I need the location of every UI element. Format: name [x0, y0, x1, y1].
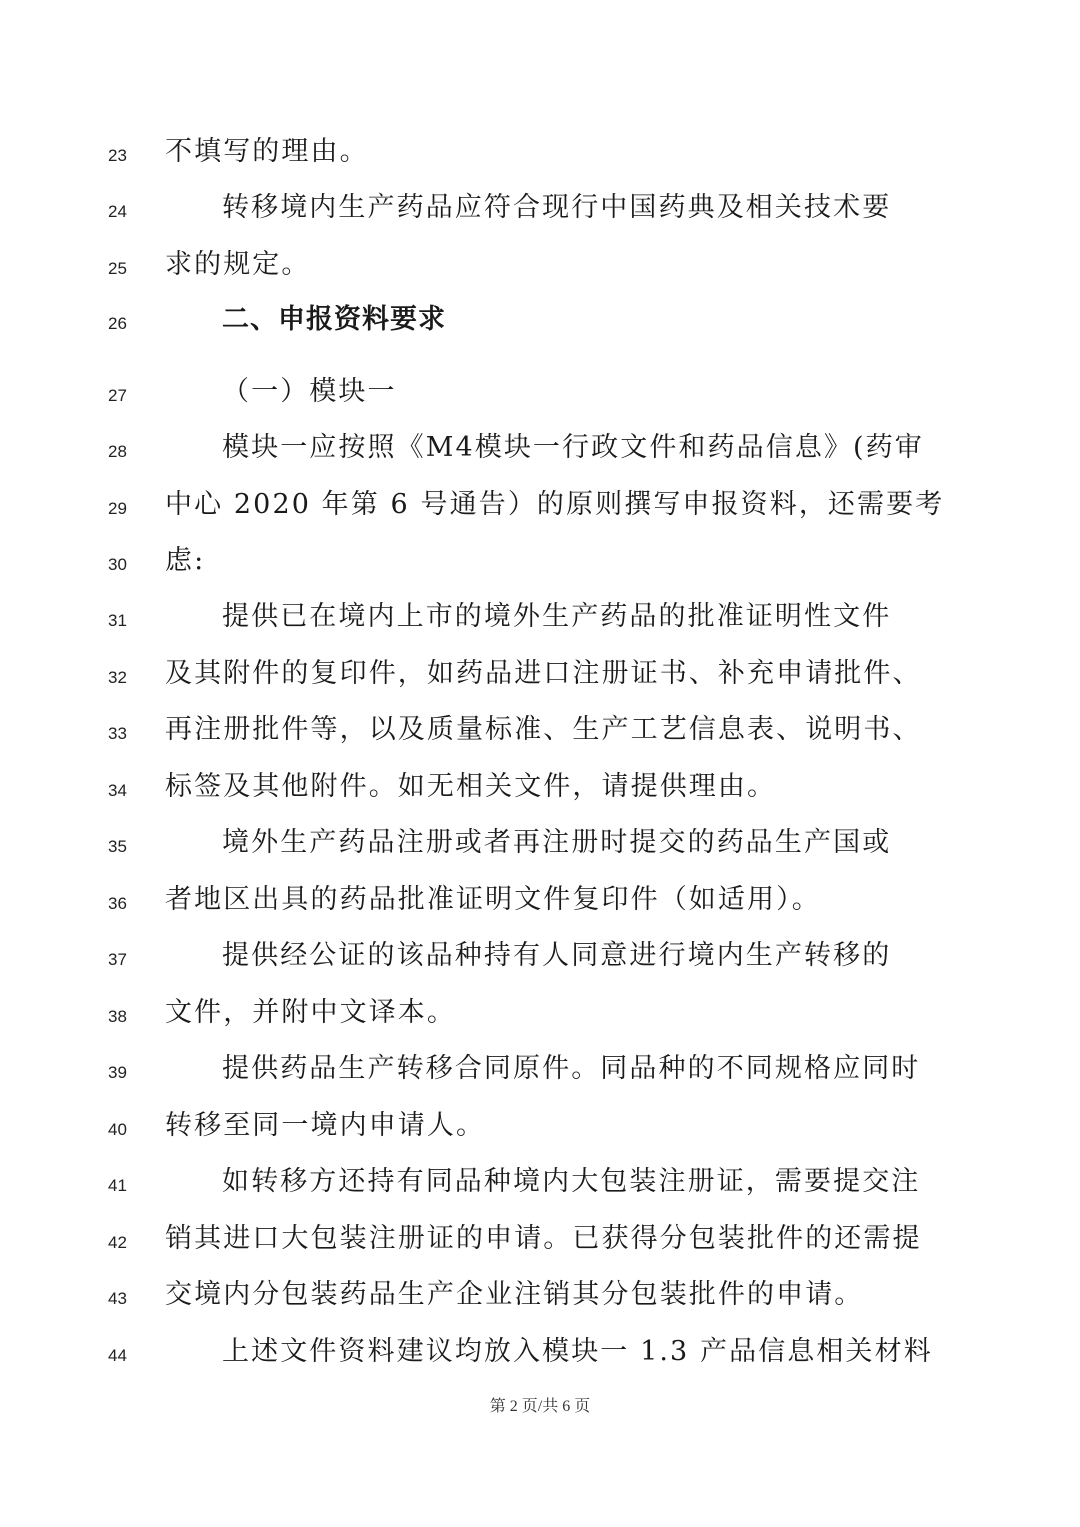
line-number: 30 [108, 555, 138, 575]
line-number: 41 [108, 1176, 138, 1196]
section-heading: 二、申报资料要求 [222, 302, 917, 338]
line-number: 25 [108, 259, 138, 279]
line-number: 38 [108, 1007, 138, 1027]
line-text: 转移至同一境内申请人。 [165, 1108, 917, 1144]
line-number: 35 [108, 837, 138, 857]
line-number: 34 [108, 781, 138, 801]
line-number: 28 [108, 442, 138, 462]
line-text: 转移境内生产药品应符合现行中国药典及相关技术要 [222, 190, 917, 226]
line-number: 43 [108, 1289, 138, 1309]
document-line: 25求的规定。 [0, 247, 1080, 287]
document-line: 36者地区出具的药品批准证明文件复印件（如适用）。 [0, 882, 1080, 922]
line-text: 如转移方还持有同品种境内大包装注册证，需要提交注 [222, 1164, 917, 1200]
document-line: 42销其进口大包装注册证的申请。已获得分包装批件的还需提 [0, 1221, 1080, 1261]
document-line: 26二、申报资料要求 [0, 302, 1080, 342]
line-text: 求的规定。 [165, 247, 917, 283]
document-line: 33再注册批件等，以及质量标准、生产工艺信息表、说明书、 [0, 712, 1080, 752]
document-line: 31提供已在境内上市的境外生产药品的批准证明性文件 [0, 599, 1080, 639]
line-number: 40 [108, 1120, 138, 1140]
document-line: 23不填写的理由。 [0, 134, 1080, 174]
document-line: 30虑: [0, 543, 1080, 583]
document-line: 43交境内分包装药品生产企业注销其分包装批件的申请。 [0, 1277, 1080, 1317]
document-line: 24转移境内生产药品应符合现行中国药典及相关技术要 [0, 190, 1080, 230]
line-text: 交境内分包装药品生产企业注销其分包装批件的申请。 [165, 1277, 917, 1313]
line-number: 33 [108, 724, 138, 744]
page-footer: 第 2 页/共 6 页 [0, 1393, 1080, 1416]
line-number: 29 [108, 499, 138, 519]
line-number: 31 [108, 611, 138, 631]
line-text: 文件，并附中文译本。 [165, 995, 917, 1031]
line-number: 42 [108, 1233, 138, 1253]
document-page: 23不填写的理由。24转移境内生产药品应符合现行中国药典及相关技术要25求的规定… [0, 0, 1080, 1527]
document-line: 28模块一应按照《M4模块一行政文件和药品信息》(药审 [0, 430, 1080, 470]
line-text: 销其进口大包装注册证的申请。已获得分包装批件的还需提 [165, 1221, 917, 1257]
line-number: 27 [108, 386, 138, 406]
line-number: 37 [108, 950, 138, 970]
line-number: 26 [108, 314, 138, 334]
line-text: 中心 2020 年第 6 号通告）的原则撰写申报资料，还需要考 [165, 487, 917, 523]
document-line: 40转移至同一境内申请人。 [0, 1108, 1080, 1148]
line-text: 上述文件资料建议均放入模块一 1.3 产品信息相关材料 [222, 1334, 917, 1370]
line-number: 44 [108, 1346, 138, 1366]
line-text: 提供经公证的该品种持有人同意进行境内生产转移的 [222, 938, 917, 974]
line-text: 及其附件的复印件，如药品进口注册证书、补充申请批件、 [165, 656, 917, 692]
line-text: 提供药品生产转移合同原件。同品种的不同规格应同时 [222, 1051, 917, 1087]
line-number: 32 [108, 668, 138, 688]
line-text: 境外生产药品注册或者再注册时提交的药品生产国或 [222, 825, 917, 861]
document-line: 37提供经公证的该品种持有人同意进行境内生产转移的 [0, 938, 1080, 978]
line-text: 者地区出具的药品批准证明文件复印件（如适用）。 [165, 882, 917, 918]
line-text: 标签及其他附件。如无相关文件，请提供理由。 [165, 769, 917, 805]
line-number: 23 [108, 146, 138, 166]
document-line: 41如转移方还持有同品种境内大包装注册证，需要提交注 [0, 1164, 1080, 1204]
line-text: 模块一应按照《M4模块一行政文件和药品信息》(药审 [222, 430, 917, 466]
document-line: 32及其附件的复印件，如药品进口注册证书、补充申请批件、 [0, 656, 1080, 696]
line-number: 24 [108, 202, 138, 222]
line-text: 虑: [165, 543, 917, 579]
document-line: 27（一）模块一 [0, 374, 1080, 414]
document-line: 39提供药品生产转移合同原件。同品种的不同规格应同时 [0, 1051, 1080, 1091]
document-line: 29中心 2020 年第 6 号通告）的原则撰写申报资料，还需要考 [0, 487, 1080, 527]
document-line: 34标签及其他附件。如无相关文件，请提供理由。 [0, 769, 1080, 809]
line-text: 再注册批件等，以及质量标准、生产工艺信息表、说明书、 [165, 712, 917, 748]
line-text: 提供已在境内上市的境外生产药品的批准证明性文件 [222, 599, 917, 635]
line-text: 不填写的理由。 [165, 134, 917, 170]
document-line: 38文件，并附中文译本。 [0, 995, 1080, 1035]
document-line: 35境外生产药品注册或者再注册时提交的药品生产国或 [0, 825, 1080, 865]
line-number: 39 [108, 1063, 138, 1083]
line-text: （一）模块一 [222, 374, 917, 410]
document-line: 44上述文件资料建议均放入模块一 1.3 产品信息相关材料 [0, 1334, 1080, 1374]
line-number: 36 [108, 894, 138, 914]
